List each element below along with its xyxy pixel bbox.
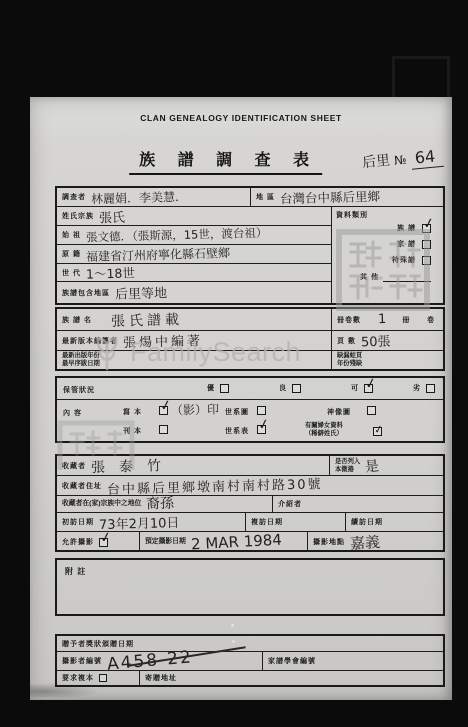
keeper-address-value: 台中縣后里鄉墩南村南村路30號 — [107, 473, 323, 498]
microfilm-label-line1: 是否列入 — [335, 458, 360, 465]
condition-good: 良 — [279, 383, 301, 393]
mailing-address-label: 寄贈地址 — [145, 673, 177, 683]
generations-label: 世 代 — [62, 268, 81, 278]
film-speck — [231, 624, 234, 627]
handwritten-page-number: 后里 № 64 — [362, 146, 445, 173]
area-value: 台灣台中縣后里鄉 — [280, 187, 380, 208]
checkbox-portrait-chart — [367, 406, 376, 415]
collection-seal-stamp-left — [57, 420, 135, 470]
condition-option-label: 劣 — [413, 383, 421, 393]
check-mark-icon: ✓ — [363, 374, 378, 392]
genealogy-sheet-page: CLAN GENEALOGY IDENTIFICATION SHEET 族 譜 … — [30, 97, 452, 700]
checkbox-copy-request — [99, 674, 107, 682]
first-visit-value: 73年2月10日 — [99, 511, 180, 532]
checkbox-manuscript: ✓ — [159, 406, 168, 415]
scheduled-filming-date-value: 2 MAR 1984 — [190, 531, 282, 554]
checkbox-lineage-chart — [257, 406, 266, 415]
year-damage-line2: 年份殘缺 — [337, 360, 362, 367]
women-data-label: 有關婦女資料 （稀僻姓氏） — [305, 422, 343, 437]
area-label: 地 區 — [256, 192, 275, 202]
revisit-label: 複訪日期 — [251, 517, 283, 527]
volume-unit-juan: 卷 — [427, 315, 435, 325]
checkbox-excellent — [220, 384, 229, 393]
society-number-label: 家譜學會編號 — [268, 656, 316, 666]
donor-award-date-label: 贈予者獎狀頒贈日期 — [62, 639, 134, 649]
first-visit-label: 初訪日期 — [62, 517, 94, 527]
film-speck — [232, 640, 235, 643]
title-label: 族 譜 名 — [62, 315, 92, 325]
filming-place-label: 攝影地點 — [313, 537, 345, 547]
collection-seal-stamp-right — [335, 228, 431, 312]
checkbox-poor — [426, 384, 435, 393]
followup-visit-label: 續訪日期 — [351, 517, 383, 527]
familysearch-tree-logo-icon — [90, 333, 124, 371]
keeper-address-label: 收藏者住址 — [62, 481, 102, 491]
origin-label: 原 籍 — [62, 249, 81, 259]
portrait-chart-label: 神像圖 — [327, 407, 351, 417]
check-mark-icon: ✓ — [373, 422, 385, 437]
category-label: 資料類別 — [336, 210, 368, 220]
introducer-label: 介紹者 — [278, 499, 302, 509]
volume-count-label: 冊卷數 — [337, 315, 361, 325]
volume-unit-ce: 冊 — [402, 315, 410, 325]
checkbox-lineage-table: ✓ — [257, 425, 266, 434]
condition-label: 保管狀況 — [63, 385, 95, 395]
sheet-title-english: CLAN GENEALOGY IDENTIFICATION SHEET — [30, 113, 452, 123]
pages-label: 頁 數 — [337, 336, 356, 346]
keeper-position-value: 裔孫 — [146, 492, 175, 513]
filming-place-value: 嘉義 — [349, 530, 380, 553]
admin-section: 贈予者獎狀頒贈日期 攝影者編號 A458-22 家譜學會編號 要求複本 — [55, 634, 445, 687]
coverage-value: 后里等地 — [115, 282, 167, 302]
condition-fair: 可 ✓ — [351, 383, 373, 393]
notes-label: 附 註 — [65, 566, 86, 577]
coverage-label: 族譜包含地區 — [62, 288, 110, 298]
women-data-line2: （稀僻姓氏） — [305, 430, 343, 437]
copy-request-label: 要求複本 — [62, 673, 94, 683]
lineage-table-label: 世系表 — [225, 426, 249, 436]
microfilm-label-line2: 本微捲 — [335, 466, 354, 473]
missing-pages-line1: 缺漏蛀頁 — [337, 352, 362, 359]
clan-label: 姓氏宗族 — [62, 211, 94, 221]
familysearch-watermark-text: FamilySearch — [130, 337, 301, 368]
founder-label: 始 祖 — [62, 230, 81, 240]
checkbox-good — [292, 384, 301, 393]
pages-value: 50張 — [361, 331, 391, 351]
checkbox-filming-permission: ✓ — [99, 538, 108, 547]
contents-label: 內 容 — [63, 408, 82, 418]
page-number-value: 64 — [411, 146, 445, 170]
form-title: 族 譜 調 查 表 — [129, 147, 322, 175]
volume-count-value: 1 — [377, 312, 386, 327]
checkbox-women-data: ✓ — [373, 427, 382, 436]
generations-value: 1～18世 — [86, 263, 135, 282]
keeper-position-label: 收藏者在(家)宗族中之地位 — [62, 500, 141, 508]
notes-section: 附 註 — [55, 558, 445, 616]
clan-value: 張氏 — [99, 206, 126, 226]
founder-value: 張文德．（張斯源，15世，渡台祖） — [86, 225, 268, 246]
missing-pages-label: 缺漏蛀頁 年份殘缺 — [337, 352, 362, 367]
women-data-line1: 有關婦女資料 — [305, 422, 343, 429]
checkbox-printed — [159, 425, 168, 434]
checkbox-fair: ✓ — [364, 384, 373, 393]
page-number-area: 后里 — [361, 150, 391, 173]
condition-excellent: 優 — [207, 383, 229, 393]
microfilm-inclusion-value: 是 — [364, 455, 380, 476]
condition-option-label: 良 — [279, 383, 287, 393]
microfilm-frame: CLAN GENEALOGY IDENTIFICATION SHEET 族 譜 … — [0, 0, 468, 727]
condition-option-label: 優 — [207, 383, 215, 393]
condition-poor: 劣 — [413, 383, 435, 393]
scan-shadow-smudge — [30, 683, 100, 697]
lineage-chart-label: 世系圖 — [225, 407, 249, 417]
manuscript-label: 寫 本 — [123, 407, 142, 417]
title-value: 張氏譜載 — [111, 309, 183, 331]
origin-value: 福建省汀州府寧化縣石壁鄉 — [86, 244, 230, 265]
manuscript-note-value: （影）印 — [171, 400, 219, 418]
numero-sign: № — [394, 153, 408, 168]
filming-permission-label: 允許攝影 — [62, 537, 94, 547]
surveyor-value: 林麗娟．李美慧． — [91, 187, 187, 207]
scheduled-filming-date-label: 預定攝影日期 — [145, 538, 186, 546]
familysearch-watermark: FamilySearch — [90, 333, 301, 371]
surveyor-label: 調查者 — [62, 192, 86, 202]
photographer-number-label: 攝影者編號 — [62, 656, 102, 666]
check-mark-icon: ✓ — [256, 416, 271, 434]
microfilm-inclusion-label: 是否列入 本微捲 — [335, 458, 360, 473]
condition-option-label: 可 — [351, 383, 359, 393]
